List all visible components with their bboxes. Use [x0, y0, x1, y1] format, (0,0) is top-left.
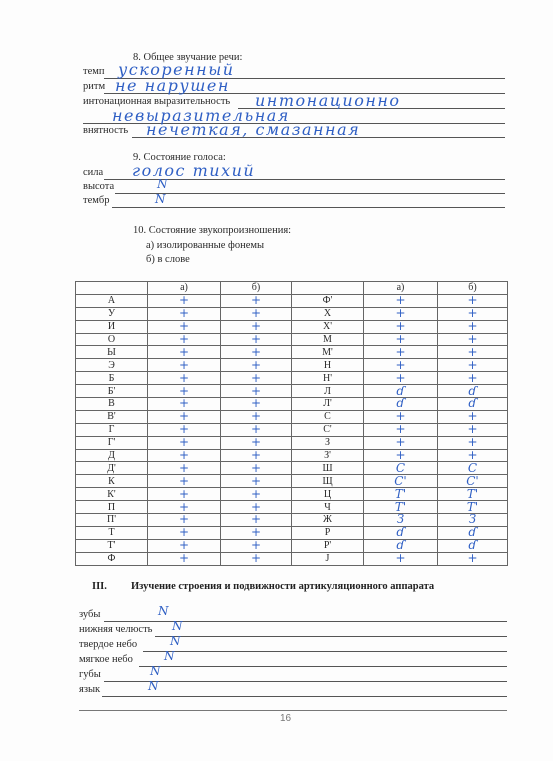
- phoneme-cell: Н': [292, 372, 364, 385]
- phoneme-cell: Р: [292, 526, 364, 539]
- assessment-cell[interactable]: +: [438, 552, 508, 565]
- phoneme-cell: М: [292, 333, 364, 346]
- field-label-tongue: язык: [79, 684, 100, 695]
- assessment-cell[interactable]: +: [364, 372, 438, 385]
- assessment-cell[interactable]: +: [438, 359, 508, 372]
- table-row: Ы++М'++: [76, 346, 508, 359]
- phoneme-cell: В': [76, 410, 148, 423]
- table-row: Д++З'++: [76, 449, 508, 462]
- phoneme-cell: Д: [76, 449, 148, 462]
- assessment-cell[interactable]: +: [148, 552, 221, 565]
- field-label-tempo: темп: [83, 66, 105, 77]
- assessment-cell[interactable]: С': [364, 475, 438, 488]
- table-row: К'++ЦТ'Т': [76, 488, 508, 501]
- assessment-cell[interactable]: +: [221, 359, 292, 372]
- phoneme-cell: Ш: [292, 462, 364, 475]
- underline: [115, 193, 505, 194]
- table-row: П'++ЖЗЗ: [76, 514, 508, 527]
- assessment-cell[interactable]: Т': [364, 488, 438, 501]
- table-row: Б++Н'++: [76, 372, 508, 385]
- assessment-cell[interactable]: С': [438, 475, 508, 488]
- phoneme-cell: О: [76, 333, 148, 346]
- phoneme-cell: Г': [76, 436, 148, 449]
- table-row: К++ЩС'С': [76, 475, 508, 488]
- table-row: В'++С++: [76, 410, 508, 423]
- phoneme-cell: Б': [76, 385, 148, 398]
- table-row: Т'++Р'ɗɗ: [76, 539, 508, 552]
- assessment-cell[interactable]: +: [364, 346, 438, 359]
- field-value-hard-palate[interactable]: N: [170, 634, 182, 648]
- assessment-cell[interactable]: +: [438, 372, 508, 385]
- phoneme-cell: Ц: [292, 488, 364, 501]
- assessment-cell[interactable]: +: [364, 359, 438, 372]
- assessment-cell[interactable]: +: [148, 359, 221, 372]
- phoneme-cell: Ж: [292, 514, 364, 527]
- page-number: 16: [280, 713, 291, 724]
- field-label-timbre: тембр: [83, 195, 110, 206]
- assessment-cell[interactable]: Т': [438, 488, 508, 501]
- assessment-cell[interactable]: +: [148, 346, 221, 359]
- phoneme-cell: Б: [76, 372, 148, 385]
- underline: [104, 621, 507, 622]
- phoneme-cell: З': [292, 449, 364, 462]
- phoneme-cell: А: [76, 294, 148, 307]
- field-value-soft-palate[interactable]: N: [164, 649, 176, 663]
- phoneme-cell: З: [292, 436, 364, 449]
- footer-rule: [79, 710, 507, 711]
- phoneme-cell: Ф: [76, 552, 148, 565]
- field-value-lower-jaw[interactable]: N: [172, 619, 184, 633]
- table-header-row: а) б) а) б): [76, 282, 508, 295]
- table-row: Г'++З++: [76, 436, 508, 449]
- field-value-rhythm[interactable]: не нарушен: [115, 76, 230, 95]
- field-label-hard-palate: твердое небо: [79, 639, 137, 650]
- assessment-cell[interactable]: С: [364, 462, 438, 475]
- assessment-cell[interactable]: +: [221, 462, 292, 475]
- field-value-timbre[interactable]: N: [155, 192, 167, 206]
- header-cell: [292, 282, 364, 295]
- phoneme-cell: Д': [76, 462, 148, 475]
- field-value-lips[interactable]: N: [150, 664, 162, 678]
- phoneme-cell: И: [76, 320, 148, 333]
- field-value-strength[interactable]: голос тихий: [132, 161, 255, 180]
- phoneme-cell: В: [76, 398, 148, 411]
- table-row: В++Л'ɗɗ: [76, 398, 508, 411]
- field-label-lips: губы: [79, 669, 101, 680]
- section-iii-number: III.: [92, 581, 107, 592]
- phoneme-cell: Х': [292, 320, 364, 333]
- field-label-rhythm: ритм: [83, 81, 105, 92]
- phoneme-cell: Т: [76, 526, 148, 539]
- field-label-clarity: внятность: [83, 125, 128, 136]
- section-10-sub-a: а) изолированные фонемы: [146, 240, 264, 251]
- assessment-cell[interactable]: +: [221, 372, 292, 385]
- underline: [104, 681, 507, 682]
- phoneme-cell: Х: [292, 307, 364, 320]
- underline: [139, 666, 507, 667]
- assessment-cell[interactable]: +: [221, 475, 292, 488]
- assessment-cell[interactable]: +: [148, 372, 221, 385]
- phoneme-cell: Ч: [292, 501, 364, 514]
- assessment-cell[interactable]: +: [148, 475, 221, 488]
- phoneme-cell: Щ: [292, 475, 364, 488]
- assessment-cell[interactable]: С: [438, 462, 508, 475]
- table-row: Ф++J++: [76, 552, 508, 565]
- underline: [143, 651, 507, 652]
- table-row: У++Х++: [76, 307, 508, 320]
- phoneme-cell: Л: [292, 385, 364, 398]
- phoneme-cell: Т': [76, 539, 148, 552]
- table-row: Д'++ШСС: [76, 462, 508, 475]
- phoneme-cell: Г: [76, 423, 148, 436]
- field-label-soft-palate: мягкое небо: [79, 654, 133, 665]
- table-row: Б'++Лɗɗ: [76, 385, 508, 398]
- table-row: П++ЧТ'Т': [76, 501, 508, 514]
- phoneme-cell: Э: [76, 359, 148, 372]
- phoneme-cell: С: [292, 410, 364, 423]
- phoneme-cell: П: [76, 501, 148, 514]
- section-iii-title: Изучение строения и подвижности артикуля…: [131, 581, 434, 592]
- phoneme-cell: К: [76, 475, 148, 488]
- underline: [102, 696, 507, 697]
- table-row: Т++Рɗɗ: [76, 526, 508, 539]
- table-row: О++М++: [76, 333, 508, 346]
- assessment-cell[interactable]: +: [221, 488, 292, 501]
- phoneme-cell: Р': [292, 539, 364, 552]
- phoneme-cell: С': [292, 423, 364, 436]
- field-value-teeth[interactable]: N: [158, 604, 170, 618]
- phoneme-cell: J: [292, 552, 364, 565]
- phoneme-cell: П': [76, 514, 148, 527]
- assessment-cell[interactable]: +: [148, 462, 221, 475]
- underline: [155, 636, 507, 637]
- field-label-teeth: зубы: [79, 609, 100, 620]
- assessment-cell[interactable]: +: [148, 488, 221, 501]
- field-label-pitch: высота: [83, 181, 114, 192]
- field-label-strength: сила: [83, 167, 103, 178]
- header-cell: [76, 282, 148, 295]
- phoneme-cell: Ф': [292, 294, 364, 307]
- table-row: И++Х'++: [76, 320, 508, 333]
- table-row: Э++Н++: [76, 359, 508, 372]
- phoneme-cell: К': [76, 488, 148, 501]
- sound-pronunciation-table: а) б) а) б) А++Ф'++У++Х++И++Х'++О++М++Ы+…: [75, 281, 508, 566]
- phoneme-cell: М': [292, 346, 364, 359]
- assessment-cell[interactable]: +: [221, 552, 292, 565]
- table-row: А++Ф'++: [76, 294, 508, 307]
- assessment-cell[interactable]: +: [364, 552, 438, 565]
- field-value-clarity[interactable]: нечеткая, смазанная: [146, 120, 360, 139]
- section-10-sub-b: б) в слове: [146, 254, 190, 265]
- field-value-tongue[interactable]: N: [148, 679, 160, 693]
- phoneme-cell: Л': [292, 398, 364, 411]
- assessment-cell[interactable]: +: [438, 346, 508, 359]
- phoneme-cell: Н: [292, 359, 364, 372]
- field-label-lower-jaw: нижняя челюсть: [79, 624, 152, 635]
- assessment-cell[interactable]: +: [221, 346, 292, 359]
- phoneme-cell: Ы: [76, 346, 148, 359]
- section-10-title: 10. Состояние звукопроизношения:: [133, 225, 291, 236]
- table-row: Г++С'++: [76, 423, 508, 436]
- field-value-pitch[interactable]: N: [157, 177, 169, 191]
- phoneme-cell: У: [76, 307, 148, 320]
- underline: [112, 207, 505, 208]
